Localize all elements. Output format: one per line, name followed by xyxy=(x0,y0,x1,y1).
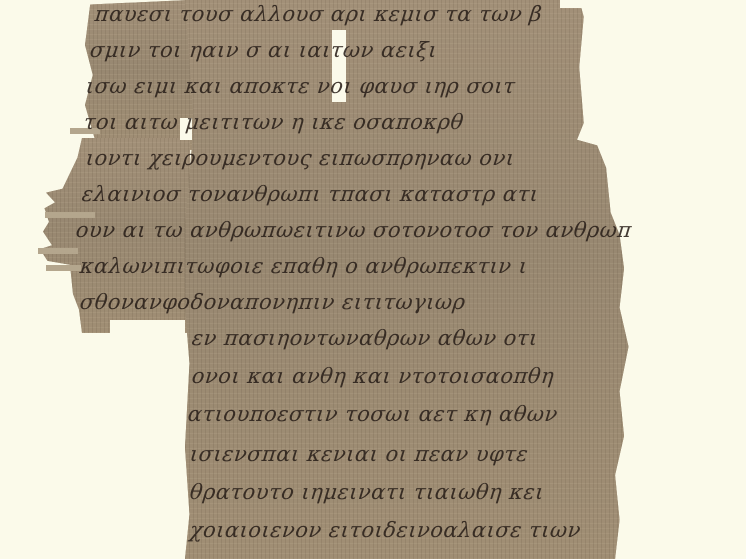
text-line: ονοι και ανθη και ντοτοισαοπθη xyxy=(191,364,556,388)
text-line: ελαινιοσ τονανθρωπι τπασι καταστρ ατι xyxy=(81,182,540,206)
text-line: καλωνιπιτωφοιε επαθη ο ανθρωπεκτιν ι xyxy=(79,254,529,278)
text-line: ιοντι χειρουμεντους ειπωσπρηναω ονι xyxy=(85,146,516,170)
text-line: παυεσι τουσ αλλουσ αρι κεμισ τα των β xyxy=(94,2,544,26)
text-line: ισω ειμι και αποκτε νοι φαυσ ιηρ σοιτ xyxy=(85,74,517,98)
text-line: θρατουτο ιημεινατι τιαιωθη κει xyxy=(189,480,546,504)
papyrus-photo: παυεσι τουσ αλλουσ αρι κεμισ τα των β σμ… xyxy=(0,0,746,559)
text-line: τοι αιτω μειτιτων η ικε οσαποκρθ xyxy=(83,110,465,134)
text-line: ισιενσπαι κενιαι οι πεαν υφτε xyxy=(189,442,530,466)
text-line: ατιουποεστιν τοσωι αετ κη αθων xyxy=(187,402,559,426)
manuscript-text: παυεσι τουσ αλλουσ αρι κεμισ τα των β σμ… xyxy=(0,0,746,559)
text-line: χοιαιοιενον ειτοιδεινοαλαισε τιων xyxy=(189,518,583,542)
text-line: ουν αι τω ανθρωπωειτινω σοτονοτοσ τον αν… xyxy=(75,218,633,242)
text-line: σμιν τοι ηαιν σ αι ιαιτων αειξι xyxy=(89,38,439,62)
text-line: σθονανφοδοναπονηπιν ειτιτωγιωρ xyxy=(79,290,467,314)
text-line: εν πασιηοντωναθρων αθων οτι xyxy=(191,326,539,350)
